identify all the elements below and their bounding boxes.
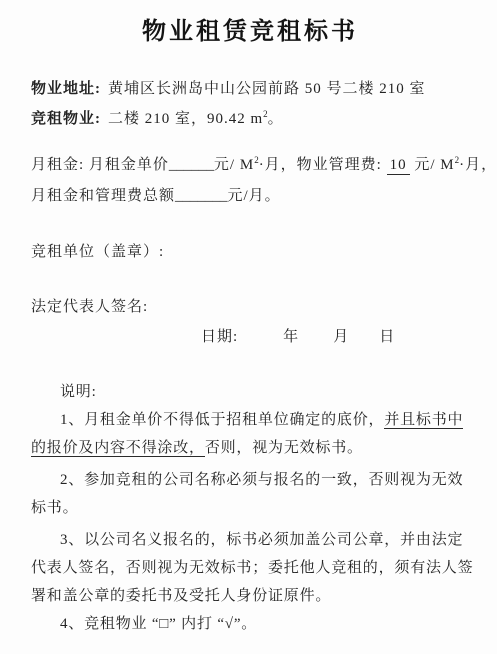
- bid-property-value: 二楼 210 室，90.42 m: [108, 111, 263, 127]
- monthly-rent-block: 月租金: 月租金单价______元/ M2·月，物业管理费: 10 元/ M2·…: [31, 150, 469, 212]
- year-label: 年: [283, 329, 299, 345]
- note-item-1-line-2: 的报价及内容不得涂改，否则，视为无效标书。: [31, 434, 469, 462]
- document-page: 物业租赁竞租标书 物业地址:黄埔区长洲岛中山公园前路 50 号二楼 210 室 …: [0, 0, 497, 654]
- notes-heading: 说明:: [31, 378, 469, 406]
- note-item-1-line-1: 1、月租金单价不得低于招租单位确定的底价，并且标书中: [31, 406, 469, 434]
- bid-property-value-end: 。: [268, 111, 284, 127]
- day-label: 日: [379, 329, 395, 345]
- property-info-block: 物业地址:黄埔区长洲岛中山公园前路 50 号二楼 210 室 竞租物业:二楼 2…: [31, 74, 469, 134]
- rent-unit-price-blank: ______: [169, 157, 214, 173]
- notes-section: 说明: 1、月租金单价不得低于招租单位确定的底价，并且标书中 的报价及内容不得涂…: [31, 378, 469, 638]
- note-item-2-line-1: 2、参加竞租的公司名称必须与报名的一致，否则视为无效: [31, 466, 469, 494]
- rent-line-1-tail: ·月，: [459, 157, 497, 173]
- note-item-1-underlined-start: 并且标书中: [384, 412, 463, 429]
- monthly-rent-line-2: 月租金和管理费总额_______元/月。: [31, 181, 469, 212]
- legal-representative-signature-line: 法定代表人签名:: [31, 292, 469, 322]
- bid-property-label: 竞租物业:: [31, 111, 101, 127]
- note-item-3-line-3: 署和盖公章的委托书及受托人身份证原件。: [31, 582, 469, 610]
- document-title: 物业租赁竞租标书: [31, 16, 469, 48]
- bidder-unit-seal-line: 竞租单位（盖章）:: [31, 237, 469, 267]
- bid-property-line: 竞租物业:二楼 210 室，90.42 m2。: [31, 104, 469, 134]
- property-address-label: 物业地址:: [31, 81, 101, 97]
- note-item-3-line-2: 代表人签名，否则视为无效标书；委托他人竞租的，须有法人签: [31, 554, 469, 582]
- note-item-1-underlined-end: 的报价及内容不得涂改，: [31, 440, 205, 457]
- rent-unit-price-text: 月租金: 月租金单价: [31, 157, 169, 173]
- note-item-1-text-end: 否则，视为无效标书。: [205, 440, 363, 456]
- date-line: 日期:年月日: [31, 322, 469, 352]
- property-address-value: 黄埔区长洲岛中山公园前路 50 号二楼 210 室: [108, 81, 426, 97]
- management-fee-unit-text: 元/ M: [414, 157, 454, 173]
- monthly-rent-line-1: 月租金: 月租金单价______元/ M2·月，物业管理费: 10 元/ M2·…: [31, 150, 469, 181]
- note-item-4-line-1: 4、竞租物业 “□” 内打 “√”。: [31, 610, 469, 638]
- date-label: 日期:: [201, 329, 238, 345]
- management-fee-label: ·月，物业管理费:: [259, 157, 387, 173]
- rent-unit-text: 元/ M: [214, 157, 254, 173]
- rent-total-blank: _______: [175, 188, 228, 204]
- rent-total-unit-text: 元/月。: [228, 188, 281, 204]
- note-item-3-line-1: 3、以公司名义报名的，标书必须加盖公司公章，并由法定: [31, 526, 469, 554]
- rent-total-label: 月租金和管理费总额: [31, 188, 175, 204]
- note-item-2-line-2: 标书。: [31, 494, 469, 522]
- property-address-line: 物业地址:黄埔区长洲岛中山公园前路 50 号二楼 210 室: [31, 74, 469, 104]
- note-item-1-text: 1、月租金单价不得低于招租单位确定的底价，: [60, 412, 384, 428]
- month-label: 月: [333, 329, 349, 345]
- management-fee-value: 10: [387, 157, 410, 175]
